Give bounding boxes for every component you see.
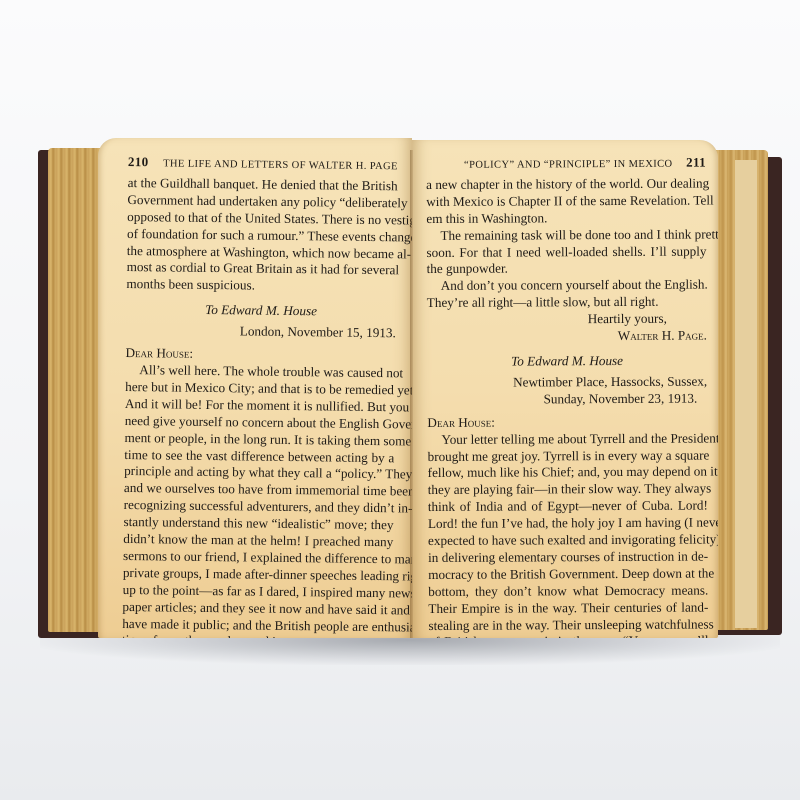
continued-paragraph: a new chapter in the history of the worl…: [426, 175, 706, 227]
letter-signature: Walter H. Page.: [427, 328, 707, 346]
running-head-left: 210 THE LIFE AND LETTERS OF WALTER H. PA…: [128, 154, 398, 176]
running-head-right: “POLICY” AND “PRINCIPLE” IN MEXICO 211: [426, 155, 706, 175]
running-head-title: THE LIFE AND LETTERS OF WALTER H. PAGE: [163, 156, 398, 176]
text-line: They’re all right—a little slow, but all…: [427, 294, 707, 312]
letter-paragraph: And don’t you concern yourself about the…: [427, 277, 707, 312]
text-line: of British commerce is in the way. “You …: [429, 633, 709, 638]
left-page-text: 210 THE LIFE AND LETTERS OF WALTER H. PA…: [121, 154, 398, 638]
right-page-text: “POLICY” AND “PRINCIPLE” IN MEXICO 211 a…: [426, 155, 709, 638]
text-line: And don’t you concern yourself about the…: [427, 277, 707, 295]
letter-closing: Heartily yours,: [427, 311, 707, 329]
book-gutter: [410, 150, 413, 638]
text-line: brought me great joy. Tyrrell is in ever…: [428, 447, 708, 465]
letter-paragraph: The remaining task will be done too and …: [426, 226, 706, 278]
text-line: months been suspicious.: [126, 276, 396, 296]
text-line: Lord! the fun I’ve had, the holy joy I a…: [428, 515, 708, 533]
salutation: Dear House:: [427, 413, 707, 431]
text-line: em this in Washington.: [426, 209, 706, 227]
page-number: 211: [686, 155, 706, 172]
text-line: The remaining task will be done too and …: [426, 226, 706, 244]
right-page: “POLICY” AND “PRINCIPLE” IN MEXICO 211 a…: [412, 140, 718, 638]
text-line: bottom, they don’t know what Democracy m…: [428, 582, 708, 600]
letter-paragraph: All’s well here. The whole trouble was c…: [122, 362, 395, 638]
letter-paragraph: Your letter telling me about Tyrrell and…: [427, 430, 709, 638]
text-line: they are playing fair—in their slow way.…: [428, 481, 708, 499]
text-line: mocracy to the British Government. Deep …: [428, 565, 708, 583]
left-page: 210 THE LIFE AND LETTERS OF WALTER H. PA…: [98, 138, 412, 638]
page-number: 210: [128, 154, 149, 171]
text-line: stealing are in the way. Their unsleepin…: [428, 616, 708, 634]
letter-place-date: London, November 15, 1913.: [126, 322, 396, 342]
text-line: a new chapter in the history of the worl…: [426, 175, 706, 193]
text-line: expected to have such exalted and invigo…: [428, 532, 708, 550]
letter-place: Newtimber Place, Hassocks, Sussex,: [427, 373, 707, 391]
text-line: in delivering elementary courses of inst…: [428, 548, 708, 566]
letter-recipient: To Edward M. House: [427, 352, 707, 370]
running-head-title: “POLICY” AND “PRINCIPLE” IN MEXICO: [426, 157, 673, 175]
flyleaf-right: [735, 160, 757, 628]
text-line: think of India and of Egypt—never of Cub…: [428, 498, 708, 516]
text-line: with Mexico is Chapter II of the same Re…: [426, 192, 706, 210]
text-line: fellow, much like his Chief; and, you ma…: [428, 464, 708, 482]
intro-paragraph: at the Guildhall banquet. He denied that…: [126, 175, 397, 297]
text-line: Your letter telling me about Tyrrell and…: [427, 430, 707, 448]
text-line: Their Empire is in the way. Their centur…: [428, 599, 708, 617]
letter-date: Sunday, November 23, 1913.: [427, 390, 707, 408]
text-line: the gunpowder.: [427, 260, 707, 278]
letter-recipient: To Edward M. House: [126, 301, 396, 321]
text-line: soon. For that I need well-loaded shells…: [426, 243, 706, 261]
